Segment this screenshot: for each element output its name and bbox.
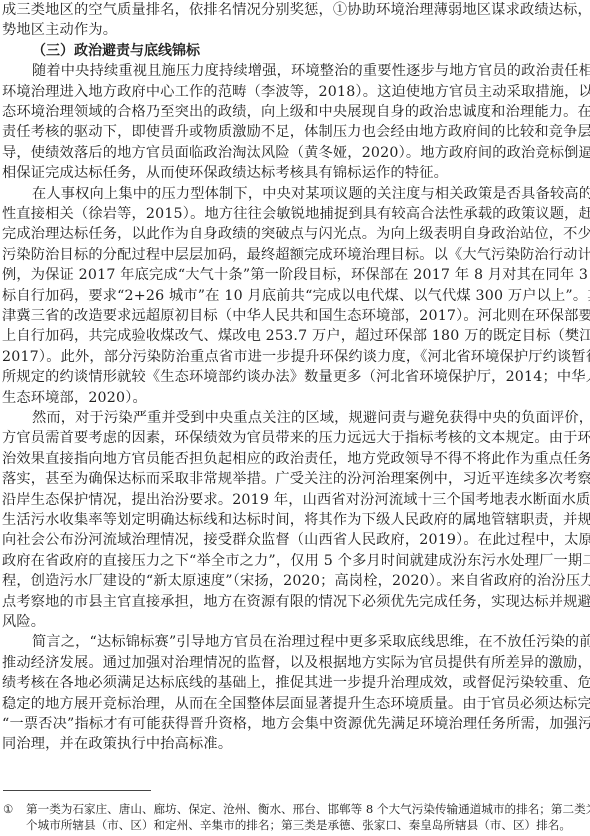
body-line: 津冀三省的改造要求远超原初目标（中华人民共和国生态环境部，2017）。河北则在环…: [2, 306, 586, 326]
body-line: 推动经济发展。通过加强对治理情况的监督，以及根据地方实际为官员提供有所差异的激励…: [2, 653, 586, 673]
body-line: 环境治理进入地方政府中心工作的范畴（李波等，2018）。这迫使地方官员主动采取措…: [2, 82, 586, 102]
body-line: 同治理，并在政策执行中抬高标准。: [2, 734, 586, 754]
body-line: “一票否决”指标才有可能获得晋升资格，地方会集中资源优先满足环境治理任务所需，加…: [2, 714, 586, 734]
body-line: 稳定的地方展开竞标治理，从而在全国整体层面显著提升生态环境质量。由于官员必须达标…: [2, 694, 586, 714]
document-page: 成三类地区的空气质量排名，依排名情况分别奖惩，①协助环境治理薄弱地区谋求政绩达标…: [0, 0, 590, 836]
body-line: 然而，对于污染严重并受到中央重点关注的区域，规避问责与避免获得中央的负面评价，成…: [32, 408, 586, 428]
footnote-separator: [3, 790, 151, 791]
body-line: 绩考核在各地必须满足达标底线的基础上，推促其进一步提升治理成效，或督促污染较重、…: [2, 673, 586, 693]
body-line: 生活污水收集率等划定明确达标线和达标时间，将其作为下级人民政府的属地管辖职责，并…: [2, 510, 586, 530]
body-line: 在人事权向上集中的压力型体制下，中央对某项议题的关注度与相关政策是否具备较高的合…: [32, 184, 586, 204]
body-line: 上自行加码，共完成验收煤改气、煤改电 253.7 万户，超过环保部 180 万的…: [2, 326, 586, 346]
body-line: 2017）。此外，部分污染防治重点省市进一步提升环保约谈力度，《河北省环境保护厅…: [2, 347, 586, 367]
body-line: 治效果直接指向地方官员能否担负起相应的政治责任，地方党政领导不得不将此作为重点任…: [2, 449, 586, 469]
footnote-marker: ①: [3, 801, 13, 817]
body-line: 势地区主动作为。: [2, 20, 586, 40]
body-line: 沿岸生态保护情况，提出治汾要求。2019 年，山西省对汾河流域十三个国考地表水断…: [2, 490, 586, 510]
body-line: 标自行加码，要求“2+26 城市”在 10 月底前共“完成以电代煤、以气代煤 3…: [2, 286, 586, 306]
section-heading: （三）政治避责与底线锦标: [32, 41, 200, 61]
body-line: 所规定的约谈情形就较《生态环境部约谈办法》数量更多（河北省环境保护厅，2014；…: [2, 367, 586, 387]
body-line: 向社会公布汾河流域治理情况，接受群众监督（山西省人民政府，2019）。在此过程中…: [2, 530, 586, 550]
body-line: 责任考核的驱动下，即使晋升或物质激励不足，体制压力也会经由地方政府间的比较和竞争…: [2, 122, 586, 142]
body-line: 成三类地区的空气质量排名，依排名情况分别奖惩，①协助环境治理薄弱地区谋求政绩达标…: [2, 0, 586, 20]
body-line: 生态环境部，2020）。: [2, 388, 586, 408]
body-line: 程，创造污水厂建设的“新太原速度”（宋扬，2020；高岗栓，2020）。来自省政…: [2, 571, 586, 591]
body-line: 简言之，“达标锦标赛”引导地方官员在治理过程中更多采取底线思维，在不放任污染的前…: [32, 632, 586, 652]
body-line: 完成治理达标任务，以此作为自身政绩的突破点与闪光点。为向上级表明自身政治站位，不…: [2, 224, 586, 244]
body-line: 方官员需首要考虑的因素，环保绩效为官员带来的压力远远大于指标考核的文本规定。由于…: [2, 428, 586, 448]
body-line: 相保证完成达标任务，从而使环保政绩达标考核具有锦标运作的特征。: [2, 163, 586, 183]
body-line: 导，使绩效落后的地方官员面临政治淘汰风险（黄冬娅，2020）。地方政府间的政治竞…: [2, 143, 586, 163]
body-line: 性直接相关（徐岩等，2015）。地方往往会敏锐地捕捉到具有较高合法性承载的政策议…: [2, 204, 586, 224]
footnote-line: 第一类为石家庄、唐山、廊坊、保定、沧州、衡水、邢台、邯郸等 8 个大气污染传输通…: [26, 801, 586, 817]
body-line: 随着中央持续重视且施压力度持续增强，环境整治的重要性逐步与地方官员的政治责任相链…: [32, 61, 586, 81]
body-line: 政府在省政府的直接压力之下“举全市之力”，仅用 5 个多月时间就建成汾东污水处理…: [2, 551, 586, 571]
footnote-line: 个城市所辖县（市、区）和定州、辛集市的排名；第三类是承德、张家口、秦皇岛所辖县（…: [26, 817, 586, 833]
body-line: 点考察地的市县主官直接承担，地方在资源有限的情况下必须优先完成任务，实现达标并规…: [2, 592, 586, 612]
body-line: 例，为保证 2017 年底完成“大气十条”第一阶段目标，环保部在 2017 年 …: [2, 265, 586, 285]
body-line: 态环境治理领域的合格乃至突出的政绩，向上级和中央展现自身的政治忠诚度和治理能力。…: [2, 102, 586, 122]
body-line: 风险。: [2, 612, 586, 632]
body-line: 污染防治目标的分配过程中层层加码，最终超额完成环境治理目标。以《大气污染防治行动…: [2, 245, 586, 265]
body-line: 落实，甚至为确保达标而采取非常规举措。广受关注的汾河治理案例中，习近平连续多次考…: [2, 469, 586, 489]
